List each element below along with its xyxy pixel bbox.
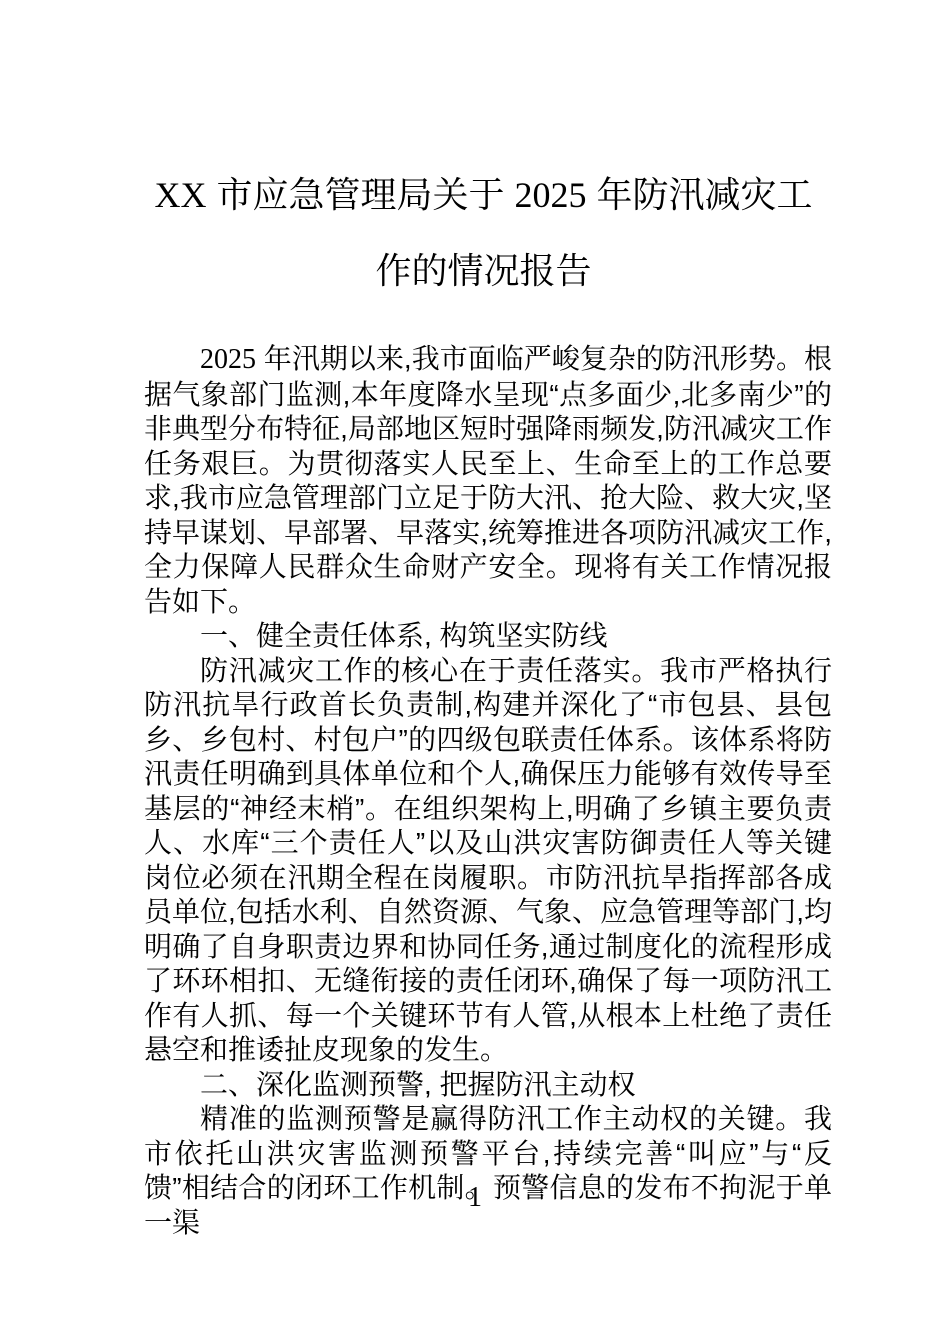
document-title-line-2: 作的情况报告 — [137, 233, 830, 309]
paragraph: 精准的监测预警是赢得防汛工作主动权的关键。我市依托山洪灾害监测预警平台,持续完善… — [144, 1102, 832, 1240]
paragraph: 防汛减灾工作的核心在于责任落实。我市严格执行防汛抗旱行政首长负责制,构建并深化了… — [144, 654, 832, 1068]
page-footer: 1 — [0, 1182, 950, 1214]
document-title-line-1: XX 市应急管理局关于 2025 年防汛减灾工 — [137, 157, 830, 233]
section-heading: 一、健全责任体系, 构筑坚实防线 — [144, 619, 832, 654]
paragraph: 2025 年汛期以来,我市面临严峻复杂的防汛形势。根据气象部门监测,本年度降水呈… — [144, 342, 832, 619]
page-number: 1 — [468, 1182, 482, 1213]
document-page: XX 市应急管理局关于 2025 年防汛减灾工 作的情况报告 2025 年汛期以… — [0, 0, 950, 1344]
document-title: XX 市应急管理局关于 2025 年防汛减灾工 作的情况报告 — [137, 157, 830, 309]
section-heading: 二、深化监测预警, 把握防汛主动权 — [144, 1068, 832, 1103]
document-body: 2025 年汛期以来,我市面临严峻复杂的防汛形势。根据气象部门监测,本年度降水呈… — [144, 342, 832, 1240]
